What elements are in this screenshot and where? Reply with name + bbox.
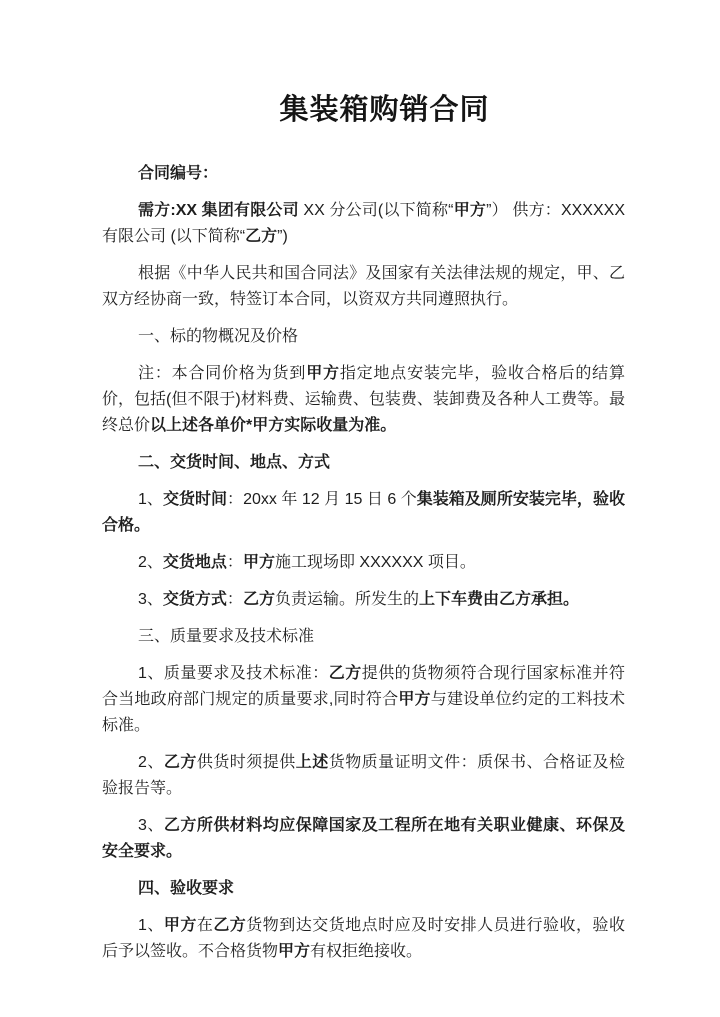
text-run: ”): [277, 228, 288, 245]
text-run: 上述: [296, 754, 329, 771]
text-run: 乙方: [329, 665, 362, 682]
paragraph-delivery-time: 1、交货时间：20xx 年 12 月 15 日 6 个集装箱及厕所安装完毕，验收…: [102, 487, 625, 539]
document-title: 集装箱购销合同: [102, 92, 625, 128]
text-run: XX 分公司(以下简称“: [303, 202, 453, 219]
paragraph-contract-number: 合同编号：: [102, 161, 625, 187]
text-run: 有权拒绝接收。: [310, 943, 422, 960]
paragraph-quality-requirement-3: 3、乙方所供材料均应保障国家及工程所在地有关职业健康、环保及安全要求。: [102, 813, 625, 865]
paragraph-section-2-heading: 二、交货时间、地点、方式: [102, 450, 625, 476]
text-run: ：20xx 年 12 月 15 日 6 个: [227, 491, 417, 508]
text-run: 1、质量要求及技术标准：: [138, 665, 329, 682]
text-run: 负责运输。所发生的: [275, 591, 419, 608]
text-run: 一、标的物概况及价格: [138, 328, 298, 345]
text-run: 需方:XX 集团有限公司: [138, 202, 303, 219]
text-run: 在: [197, 917, 213, 934]
text-run: 甲方: [278, 943, 310, 960]
text-run: 2、: [138, 754, 164, 771]
paragraph-quality-requirement-2: 2、乙方供货时须提供上述货物质量证明文件：质保书、合格证及检验报告等。: [102, 750, 625, 802]
paragraph-legal-basis: 根据《中华人民共和国合同法》及国家有关法律法规的规定，甲、乙双方经协商一致，特签…: [102, 261, 625, 313]
text-run: 甲方: [454, 202, 487, 219]
text-run: 交货地点: [163, 554, 227, 571]
text-run: 三、质量要求及技术标准: [138, 628, 314, 645]
text-run: ：: [227, 554, 243, 571]
text-run: 施工现场即 XXXXXX 项目。: [275, 554, 476, 571]
text-run: 供货时须提供: [197, 754, 296, 771]
text-run: 甲方: [306, 365, 340, 382]
paragraph-delivery-place: 2、交货地点：甲方施工现场即 XXXXXX 项目。: [102, 550, 625, 576]
paragraph-quality-requirement-1: 1、质量要求及技术标准：乙方提供的货物须符合现行国家标准并符合当地政府部门规定的…: [102, 661, 625, 739]
text-run: 乙方: [164, 754, 197, 771]
text-run: 乙方: [243, 591, 275, 608]
paragraph-price-note: 注：本合同价格为货到甲方指定地点安装完毕，验收合格后的结算价，包括(但不限于)材…: [102, 361, 625, 439]
document-body: 合同编号：需方:XX 集团有限公司 XX 分公司(以下简称“甲方”） 供方：XX…: [102, 161, 625, 965]
text-run: 交货时间: [163, 491, 227, 508]
text-run: 合同编号：: [138, 165, 218, 182]
text-run: 2、: [138, 554, 163, 571]
text-run: 甲方: [243, 554, 275, 571]
text-run: 乙方: [213, 917, 246, 934]
text-run: 乙方所供材料均应保障国家及工程所在地有关职业健康、环保及安全要求。: [102, 817, 625, 860]
paragraph-delivery-method: 3、交货方式：乙方负责运输。所发生的上下车费由乙方承担。: [102, 587, 625, 613]
text-run: 上下车费由乙方承担。: [419, 591, 579, 608]
text-run: 3、: [138, 817, 164, 834]
text-run: 甲方: [398, 691, 430, 708]
text-run: 注：本合同价格为货到: [138, 365, 306, 382]
paragraph-acceptance-1: 1、甲方在乙方货物到达交货地点时应及时安排人员进行验收，验收后予以签收。不合格货…: [102, 913, 625, 965]
text-run: 甲方: [164, 917, 197, 934]
text-run: 交货方式: [163, 591, 227, 608]
text-run: 以上述各单价*甲方实际收量为准。: [150, 417, 396, 434]
paragraph-section-3-heading: 三、质量要求及技术标准: [102, 624, 625, 650]
paragraph-section-4-heading: 四、验收要求: [102, 876, 625, 902]
paragraph-section-1-heading: 一、标的物概况及价格: [102, 324, 625, 350]
paragraph-parties: 需方:XX 集团有限公司 XX 分公司(以下简称“甲方”） 供方：XXXXXX …: [102, 198, 625, 250]
text-run: 根据《中华人民共和国合同法》及国家有关法律法规的规定，甲、乙双方经协商一致，特签…: [102, 265, 625, 308]
text-run: ：: [227, 591, 243, 608]
text-run: 乙方: [245, 228, 277, 245]
text-run: 四、验收要求: [138, 880, 234, 897]
text-run: 1、: [138, 917, 164, 934]
text-run: 1、: [138, 491, 163, 508]
document-page: 集装箱购销合同 合同编号：需方:XX 集团有限公司 XX 分公司(以下简称“甲方…: [0, 0, 720, 1017]
text-run: 3、: [138, 591, 163, 608]
text-run: 二、交货时间、地点、方式: [138, 454, 330, 471]
